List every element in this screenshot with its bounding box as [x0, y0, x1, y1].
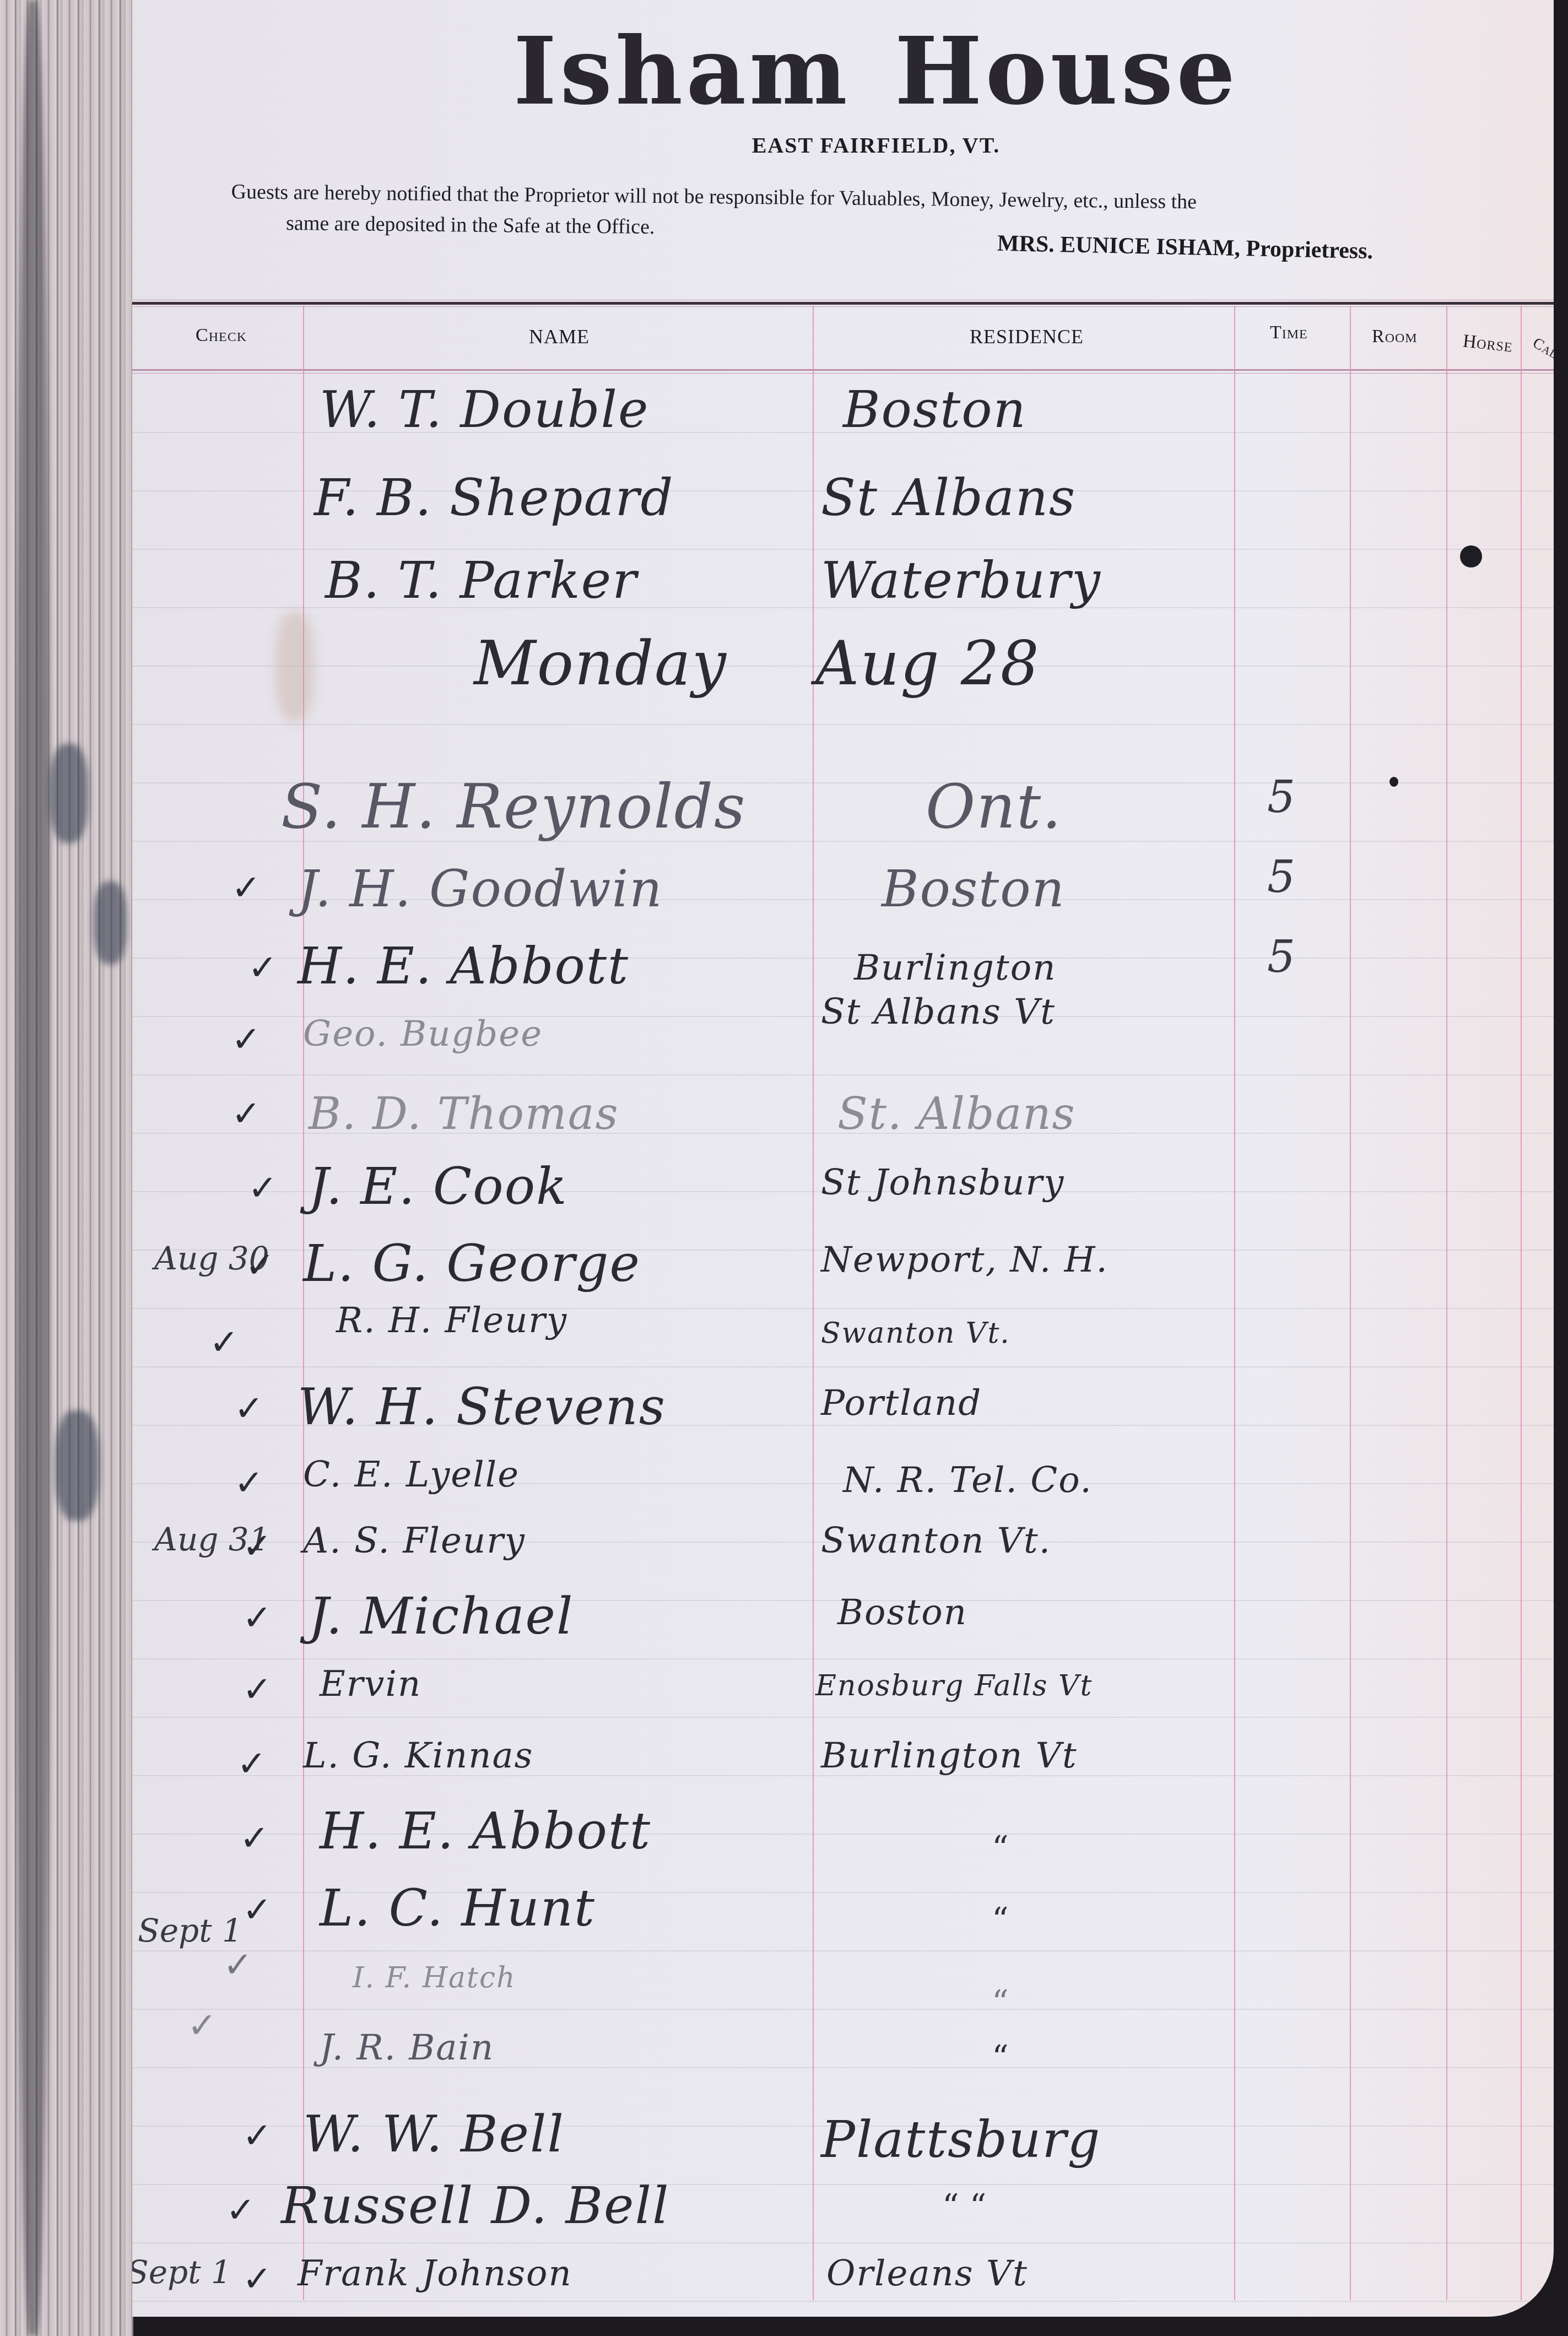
room-rate: 5: [1267, 931, 1295, 982]
column-rule-check-name: [303, 306, 304, 2300]
guest-name: J. E. Cook: [309, 1157, 568, 1216]
guest-name: J. R. Bain: [320, 2027, 494, 2068]
guest-residence: Waterbury: [821, 551, 1101, 610]
guest-residence: Boston: [843, 380, 1027, 439]
guest-name: J. H. Goodwin: [298, 859, 663, 918]
check-mark: ✓: [231, 1094, 261, 1134]
guest-name: L. C. Hunt: [320, 1879, 596, 1938]
check-mark: ✓: [223, 1945, 253, 1986]
column-header-room: Room: [1372, 326, 1418, 347]
guest-residence: Enosburg Falls Vt: [815, 1669, 1093, 1702]
check-mark: ✓: [242, 1526, 272, 1567]
guest-residence: Boston: [837, 1592, 967, 1633]
guest-name: A. S. Fleury: [303, 1521, 526, 1561]
guest-name: S. H. Reynolds: [281, 771, 746, 842]
guest-name: Ervin: [320, 1664, 421, 1705]
guest-name: F. B. Shepard: [314, 468, 674, 527]
guest-residence: St Albans: [821, 468, 1076, 527]
ink-dot: [1389, 777, 1398, 787]
check-mark: ✓: [187, 2005, 217, 2046]
column-rule-room-horse: [1446, 306, 1447, 2300]
column-header-residence: RESIDENCE: [970, 325, 1084, 348]
guest-name: W. T. Double: [320, 380, 649, 439]
check-mark: ✓: [242, 1598, 272, 1639]
guest-residence: Newport, N. H.: [821, 1240, 1109, 1280]
check-mark: ✓: [248, 1168, 278, 1209]
hotel-title: IshamHouse: [132, 17, 1554, 126]
room-rate: 5: [1267, 771, 1295, 823]
check-mark: ✓: [245, 1245, 275, 1286]
ditto-mark: “ “: [942, 2187, 986, 2226]
date-heading-day: Monday: [474, 628, 727, 699]
ink-stain: [55, 1410, 99, 1521]
guest-name: J. Michael: [309, 1587, 574, 1646]
guest-name: W. H. Stevens: [298, 1377, 666, 1436]
paper-stain: [275, 612, 314, 722]
guest-residence: Portland: [821, 1383, 982, 1424]
room-rate: 5: [1267, 851, 1295, 902]
column-header-call: Call: [1529, 334, 1554, 366]
guest-residence: Orleans Vt: [826, 2253, 1028, 2294]
check-mark: ✓: [231, 1019, 261, 1060]
check-mark: ✓: [242, 2259, 272, 2300]
guest-residence: Plattsburg: [821, 2110, 1101, 2169]
guest-name: Russell D. Bell: [281, 2176, 669, 2235]
column-rule-residence-time: [1234, 306, 1235, 2300]
guest-name: H. E. Abbott: [298, 937, 629, 996]
column-rule-name-residence: [813, 306, 814, 2300]
column-rule-horse-call: [1521, 306, 1522, 2300]
guest-residence: St. Albans: [837, 1088, 1076, 1139]
guest-residence: Boston: [882, 859, 1066, 918]
guest-residence: Swanton Vt.: [821, 1521, 1051, 1561]
ditto-mark: “: [992, 1829, 1009, 1868]
check-mark: ✓: [234, 1463, 264, 1504]
guest-residence: N. R. Tel. Co.: [843, 1460, 1093, 1501]
ink-stain: [50, 744, 88, 843]
guest-name: R. H. Fleury: [336, 1300, 567, 1341]
column-rule-time-room: [1350, 306, 1351, 2300]
guest-name: I. F. Hatch: [353, 1961, 516, 1994]
column-header-horse: Horse: [1462, 331, 1513, 356]
guest-residence: St Johnsbury: [821, 1162, 1064, 1203]
register-page: IshamHouse EAST FAIRFIELD, VT. Guests ar…: [132, 0, 1554, 2317]
check-mark: ✓: [237, 1744, 267, 1785]
check-mark: ✓: [226, 2190, 256, 2231]
guest-residence: Burlington Vt: [821, 1735, 1078, 1776]
check-mark: ✓: [242, 1890, 272, 1931]
check-mark: ✓: [242, 1669, 272, 1710]
ditto-mark: “: [992, 1901, 1009, 1939]
check-mark: ✓: [231, 868, 261, 909]
guest-name: B. T. Parker: [325, 551, 637, 610]
guest-name: Geo. Bugbee: [303, 1014, 543, 1055]
margin-date: Sept 1: [132, 2253, 231, 2291]
check-mark: ✓: [209, 1322, 239, 1363]
check-mark: ✓: [242, 2116, 272, 2156]
hotel-title-word1: Isham: [513, 17, 851, 126]
guest-name: Frank Johnson: [298, 2253, 572, 2294]
header-top-rule: [132, 302, 1554, 305]
hotel-title-word2: House: [895, 17, 1239, 126]
guest-name: B. D. Thomas: [309, 1088, 619, 1139]
binding-shadow: [17, 0, 50, 2336]
hotel-location: EAST FAIRFIELD, VT.: [132, 132, 1554, 158]
guest-name: H. E. Abbott: [320, 1802, 651, 1861]
date-heading-date: Aug 28: [815, 628, 1040, 699]
column-header-check: Check: [196, 325, 247, 346]
column-header-name: NAME: [529, 325, 590, 348]
guest-residence: Ont.: [926, 771, 1062, 842]
guest-name: L. G. George: [303, 1234, 641, 1293]
guest-name: L. G. Kinnas: [303, 1735, 533, 1776]
ink-stain: [94, 882, 127, 964]
book-page-edges: [0, 0, 133, 2336]
guest-name: W. W. Bell: [303, 2105, 565, 2164]
guest-residence: Burlington: [854, 948, 1056, 988]
guest-residence: Swanton Vt.: [821, 1317, 1010, 1350]
guest-residence: St Albans Vt: [821, 992, 1056, 1032]
guest-name: C. E. Lyelle: [303, 1454, 520, 1495]
check-mark: ✓: [248, 948, 278, 988]
header-bottom-rule: [132, 369, 1554, 371]
check-mark: ✓: [240, 1818, 269, 1859]
column-header-time: Time: [1270, 322, 1308, 343]
check-mark: ✓: [234, 1388, 264, 1429]
ditto-mark: “: [992, 1983, 1009, 2022]
ditto-mark: “: [992, 2038, 1009, 2077]
ink-dot: [1460, 545, 1482, 567]
margin-date: Sept 1: [138, 1912, 242, 1949]
